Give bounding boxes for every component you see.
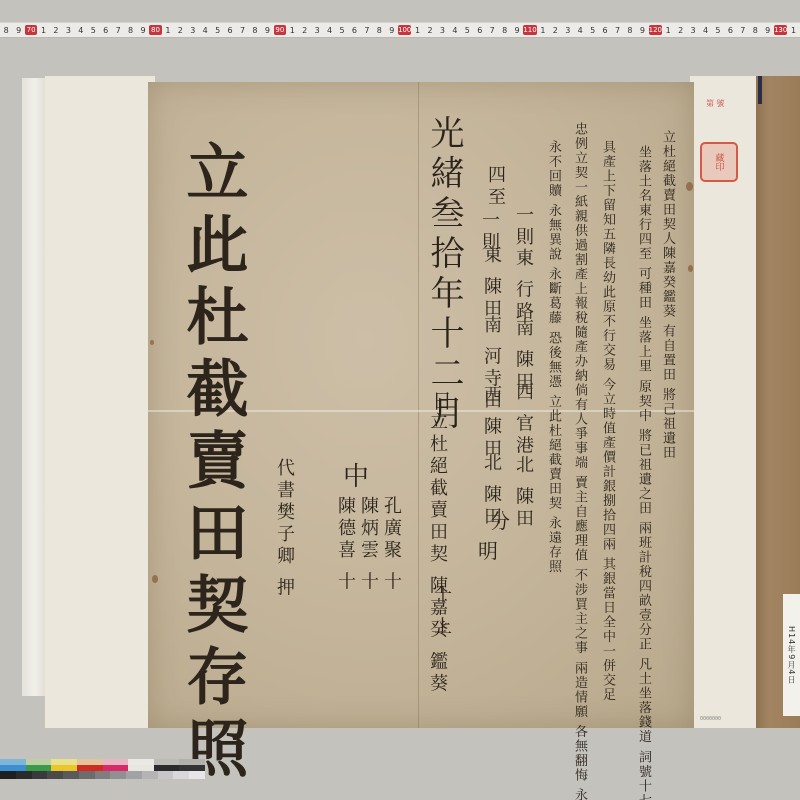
parcel-1-label: 一則 (510, 205, 536, 249)
ruler-tick: 3 (187, 26, 199, 35)
stain (686, 182, 693, 191)
seller-signature: 立杜絕截賣田契 陳嘉癸 鑑葵 (424, 412, 450, 612)
contract-body-line: 立杜絕截賣田契人陳嘉癸鑑葵 有自置田 將己祖遺田 (660, 130, 675, 720)
ruler-tick: 9 (137, 26, 149, 35)
ruler-tick: 6 (474, 26, 486, 35)
measuring-ruler: 8970123456789801234567899012345678910012… (0, 22, 800, 38)
binding-ribbon (758, 76, 762, 104)
catalog-tag: 0000000 (700, 716, 721, 722)
ruler-tick: 4 (199, 26, 211, 35)
boundary-mark-1: 分 (490, 505, 510, 534)
ruler-tick: 2 (50, 26, 62, 35)
middleman-name: 孔廣聚 十 (378, 496, 404, 594)
ruler-tick: 4 (75, 26, 87, 35)
ruler-tick: 1 (537, 26, 549, 35)
parcel-1-north: 北 陳田 (510, 455, 536, 531)
ruler-tick: 8 (373, 26, 385, 35)
ruler-tick: 100 (398, 25, 411, 35)
ruler-tick: 2 (424, 26, 436, 35)
color-swatch (32, 771, 48, 779)
contract-title: 立此杜截賣田契存照 (168, 140, 257, 700)
ruler-tick: 80 (149, 25, 161, 35)
ruler-tick: 6 (224, 26, 236, 35)
ruler-tick: 110 (523, 25, 536, 35)
ruler-tick: 5 (211, 26, 223, 35)
ruler-tick: 1 (37, 26, 49, 35)
ruler-tick: 7 (611, 26, 623, 35)
ruler-tick: 3 (311, 26, 323, 35)
boundary-mark-2: 明 (478, 535, 498, 564)
stain (152, 575, 158, 583)
color-swatch (95, 771, 111, 779)
ruler-tick: 8 (624, 26, 636, 35)
middlemen-label: 中 (343, 456, 369, 493)
ruler-tick: 7 (361, 26, 373, 35)
ruler-tick: 9 (12, 26, 24, 35)
ruler-tick: 6 (724, 26, 736, 35)
color-calibration-chart (0, 759, 205, 783)
parcel-2-east: 東 陳田 (478, 245, 504, 321)
color-swatch (47, 771, 63, 779)
middleman-name: 陳德喜 十 (332, 496, 358, 594)
parcel-1-west: 西 官港 (510, 382, 536, 458)
ruler-tick: 8 (249, 26, 261, 35)
scribe-signature: 代書樊子卿 押 (271, 458, 297, 600)
ruler-tick: 2 (299, 26, 311, 35)
ruler-tick: 70 (25, 25, 37, 35)
ruler-tick: 130 (774, 25, 787, 35)
ruler-tick: 1 (162, 26, 174, 35)
ruler-tick: 3 (62, 26, 74, 35)
ruler-tick: 9 (386, 26, 398, 35)
ruler-tick: 7 (236, 26, 248, 35)
ruler-tick: 4 (449, 26, 461, 35)
middleman-name: 陳炳雲 十 (355, 496, 381, 594)
ruler-tick: 6 (599, 26, 611, 35)
contract-body-line: 坐落土名東行四至 可種田 坐落上里 原契中 將已祖遺之田 兩班計稅四畝壹分正 凡… (636, 145, 651, 725)
ruler-tick: 9 (636, 26, 648, 35)
ruler-tick: 3 (687, 26, 699, 35)
ruler-tick: 9 (511, 26, 523, 35)
ruler-tick: 5 (87, 26, 99, 35)
ruler-tick: 6 (100, 26, 112, 35)
stain (150, 340, 154, 345)
ruler-tick: 7 (486, 26, 498, 35)
color-swatch (142, 771, 158, 779)
date-day: 日 (432, 385, 452, 414)
stain (688, 265, 693, 272)
color-swatch (158, 771, 174, 779)
ruler-tick: 2 (674, 26, 686, 35)
color-swatch (189, 771, 205, 779)
fold-line-vertical (418, 82, 419, 728)
ruler-tick: 120 (649, 25, 662, 35)
ruler-tick: 90 (274, 25, 286, 35)
color-swatch (173, 771, 189, 779)
archive-date-label: H14年9月4日 (783, 594, 800, 716)
ruler-tick: 1 (787, 26, 799, 35)
contract-body-line: 忠例立契一紙親供過割產上報稅隨產办納倘有人爭事端 賣主自應理值 不涉買主之事 兩… (572, 122, 587, 722)
seller-marks: 十 上 (428, 585, 454, 639)
ruler-tick: 3 (436, 26, 448, 35)
contract-body-line: 具產上下留知五隣長幼此原不行交易 今立時值產價計銀捌拾四兩 其銀當日全中一併交足 (600, 140, 615, 720)
ruler-tick: 5 (586, 26, 598, 35)
ruler-tick: 2 (549, 26, 561, 35)
color-swatch (0, 771, 16, 779)
ruler-tick: 5 (336, 26, 348, 35)
ruler-tick: 9 (762, 26, 774, 35)
left-mount-board (45, 76, 155, 728)
ruler-tick: 5 (712, 26, 724, 35)
boundaries-heading: 四至 (482, 165, 508, 209)
parcel-2-west: 西 陳田 (478, 385, 504, 461)
ruler-tick: 7 (112, 26, 124, 35)
ruler-tick: 1 (411, 26, 423, 35)
ruler-tick: 1 (662, 26, 674, 35)
contract-body-line: 永不回贖 永無異說 永斷葛藤 恐後無憑 立此杜絕截賣田契 永遠存照 (546, 140, 561, 540)
archive-number-stamp: 第 號 (706, 98, 725, 109)
contract-date: 光緒叁拾年十二月 (420, 115, 469, 405)
ruler-tick: 1 (286, 26, 298, 35)
ruler-tick: 5 (461, 26, 473, 35)
ruler-tick: 7 (737, 26, 749, 35)
ruler-tick: 8 (749, 26, 761, 35)
ruler-tick: 3 (562, 26, 574, 35)
ruler-tick: 4 (323, 26, 335, 35)
ruler-tick: 2 (174, 26, 186, 35)
ruler-tick: 8 (124, 26, 136, 35)
ruler-tick: 8 (498, 26, 510, 35)
color-swatch (16, 771, 32, 779)
color-swatch (110, 771, 126, 779)
ruler-tick: 4 (574, 26, 586, 35)
ruler-tick: 8 (0, 26, 12, 35)
color-swatch (63, 771, 79, 779)
grayscale-strip (0, 771, 205, 779)
ruler-tick: 9 (261, 26, 273, 35)
color-swatch (79, 771, 95, 779)
color-swatch (126, 771, 142, 779)
red-collector-seal: 藏印 (700, 142, 738, 182)
ruler-tick: 4 (699, 26, 711, 35)
ruler-tick: 6 (348, 26, 360, 35)
parcel-1-east: 東 行路 (510, 248, 536, 324)
